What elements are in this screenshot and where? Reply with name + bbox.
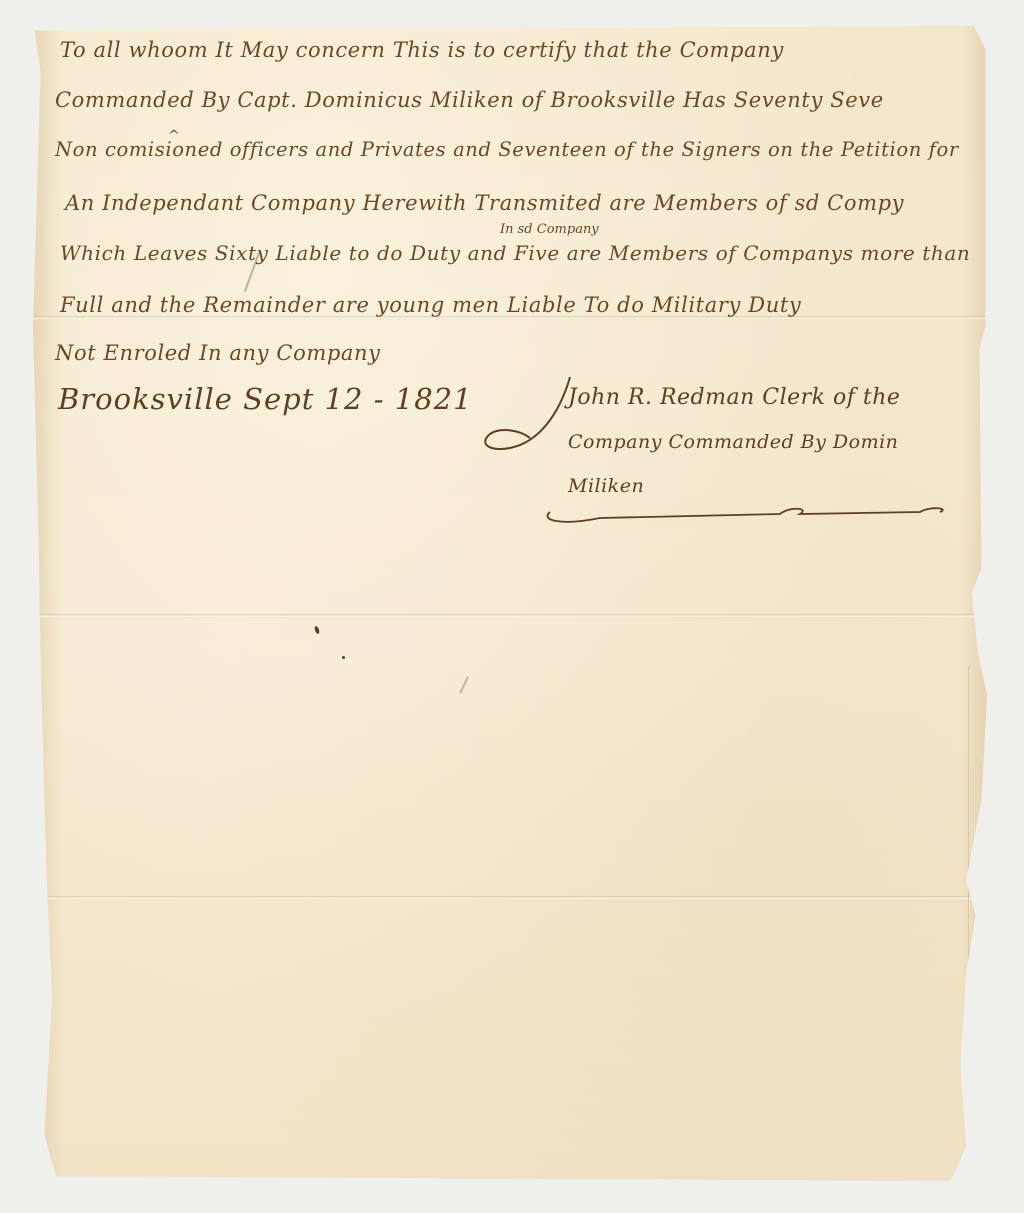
signature-block: John R. Redman Clerk of the Company Comm… xyxy=(568,376,900,508)
body-line-7: Not Enroled In any Company xyxy=(55,341,381,365)
body-line-4: An Independant Company Herewith Transmit… xyxy=(65,191,904,215)
interlineation-in-sd-company: In sd Company xyxy=(500,222,599,237)
body-line-2: Commanded By Capt. Dominicus Miliken of … xyxy=(55,88,884,112)
body-line-6: Full and the Remainder are young men Lia… xyxy=(60,293,801,317)
signature-name: John R. Redman Clerk of the xyxy=(568,376,900,420)
right-crease xyxy=(968,666,970,1136)
signature-flourish xyxy=(470,372,580,462)
ink-spot xyxy=(314,626,320,635)
right-edge-stain xyxy=(961,26,991,1181)
fold-line-3 xyxy=(33,896,991,900)
fold-line-2 xyxy=(33,614,991,618)
paper-scratch xyxy=(459,676,468,693)
body-line-3: Non comisioned officers and Privates and… xyxy=(55,138,959,161)
left-edge-stain xyxy=(33,26,63,1181)
ink-spot xyxy=(342,656,345,659)
place-and-date: Brooksville Sept 12 - 1821 xyxy=(58,382,473,416)
signature-underline xyxy=(540,500,960,530)
body-line-5: Which Leaves Sixty Liable to do Duty and… xyxy=(60,241,970,265)
signature-title: Company Commanded By Domin xyxy=(568,420,900,464)
body-line-1: To all whoom It May concern This is to c… xyxy=(60,38,784,62)
